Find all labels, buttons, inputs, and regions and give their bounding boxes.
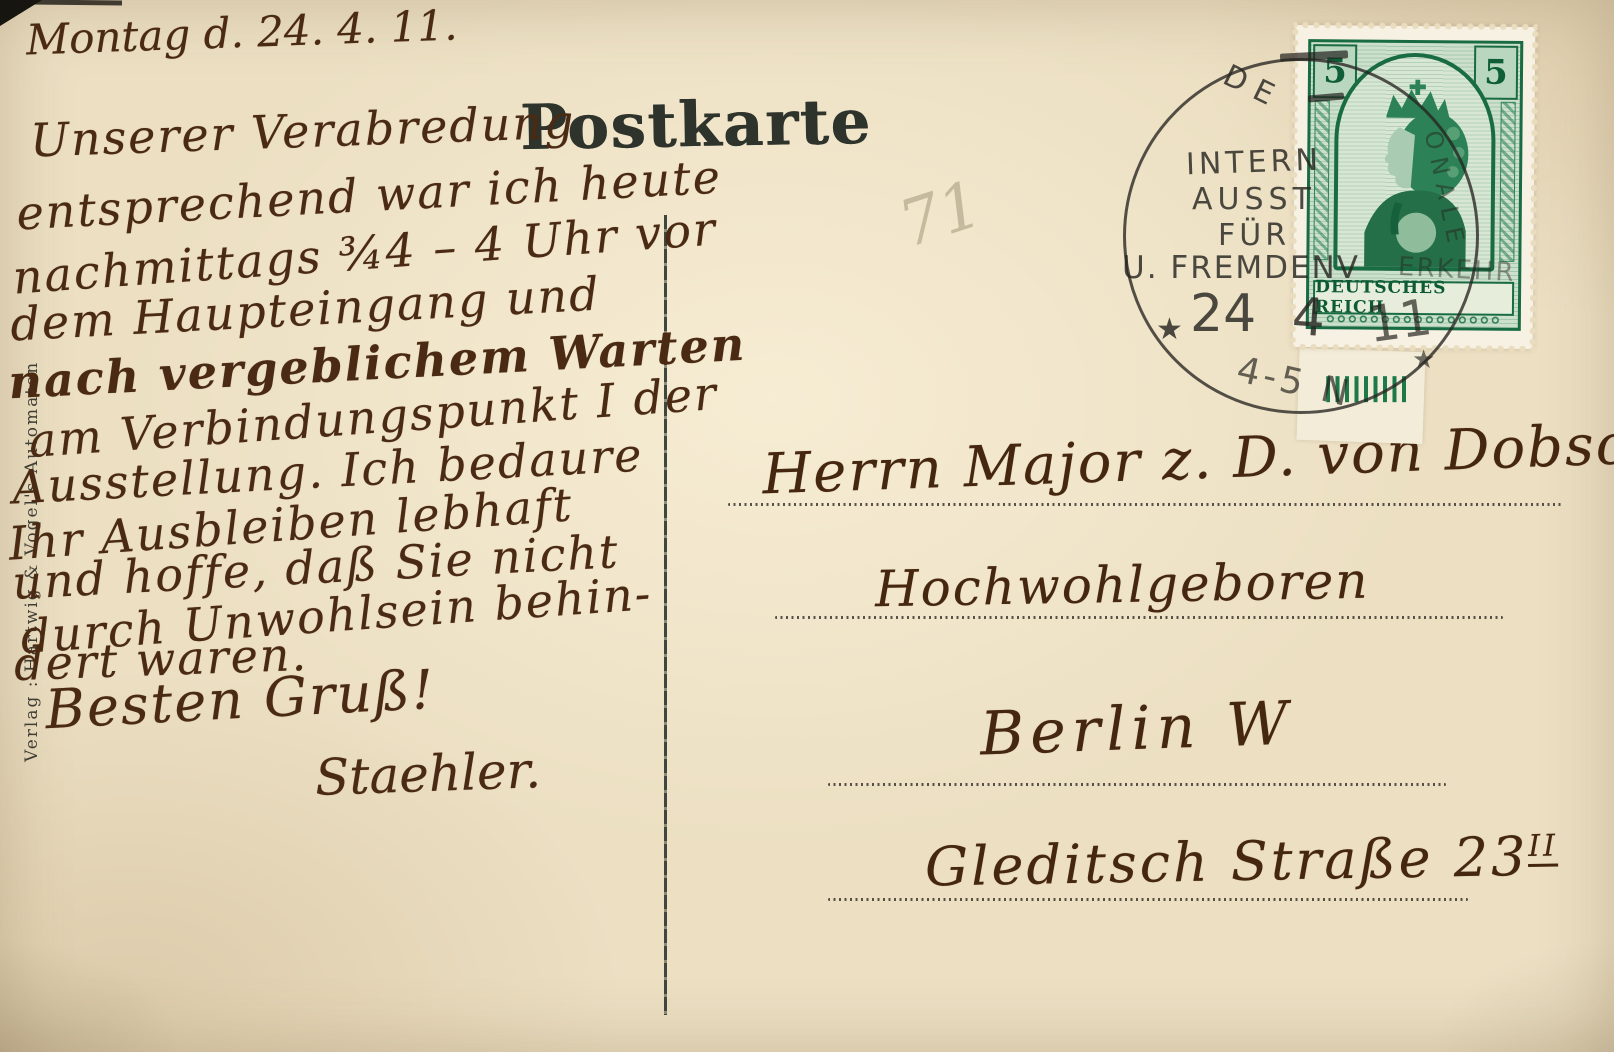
postmark-text: INTERN bbox=[1185, 143, 1322, 183]
message-line: Unserer Verabredung bbox=[29, 94, 576, 167]
stamp-perforation bbox=[1293, 20, 1537, 32]
postcard-back: Montag d. 24. 4. 11. Postkarte Verlag : … bbox=[0, 0, 1614, 1052]
postmark-star-icon: ★ bbox=[1156, 312, 1183, 347]
postmark-text: FÜR bbox=[1218, 218, 1290, 253]
address-city: Berlin W bbox=[979, 689, 1295, 770]
postmark-text: AUSST bbox=[1192, 182, 1316, 217]
signature: Staehler. bbox=[314, 741, 542, 807]
address-dotted-rule bbox=[828, 783, 1446, 786]
pencil-note: 71 bbox=[891, 167, 991, 263]
postmark-text-fragment: ERKEHR bbox=[1397, 252, 1516, 288]
postmark-text: U. FREMDENV bbox=[1122, 250, 1360, 286]
handwritten-dateline: Montag d. 24. 4. 11. bbox=[25, 0, 458, 64]
postmark-day: 24 bbox=[1190, 284, 1256, 344]
postmark-star-icon: ★ bbox=[1412, 345, 1435, 375]
address-recipient: Herrn Major z. D. von Dobschütz bbox=[761, 408, 1614, 508]
address-street: Gleditsch Straße 23II bbox=[924, 824, 1558, 898]
address-street-text: Gleditsch Straße 23 bbox=[924, 825, 1528, 899]
address-dotted-rule bbox=[828, 898, 1468, 901]
address-floor: II bbox=[1528, 828, 1558, 867]
scan-edge-strip bbox=[30, 0, 122, 5]
address-honorific: Hochwohlgeboren bbox=[875, 552, 1370, 619]
postmark-month: 4 bbox=[1290, 287, 1327, 349]
stamp-perforation bbox=[1528, 25, 1541, 351]
stamp-ornament-column bbox=[1499, 102, 1515, 262]
